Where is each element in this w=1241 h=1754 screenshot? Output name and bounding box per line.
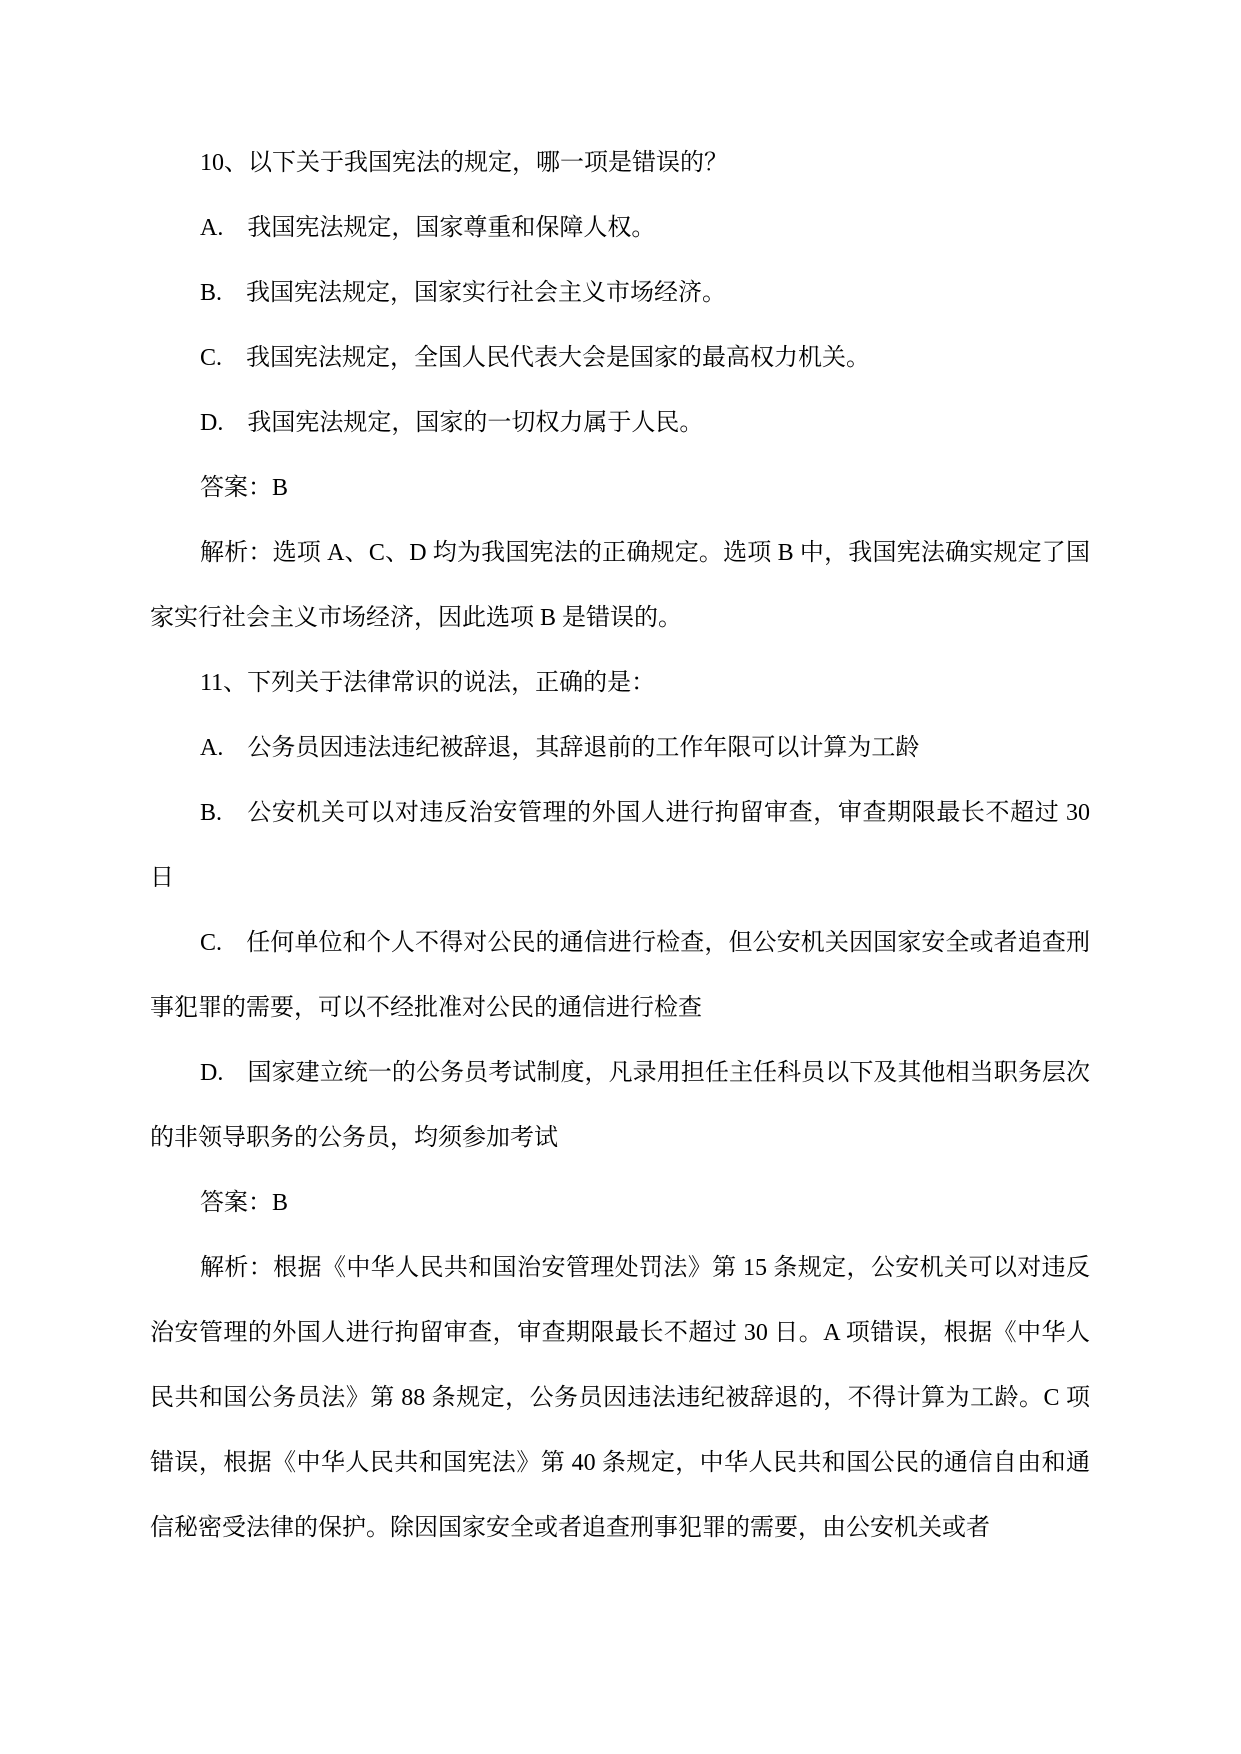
- question-10-stem: 10、以下关于我国宪法的规定，哪一项是错误的？: [150, 131, 1090, 196]
- question-11-answer: 答案：B: [150, 1171, 1090, 1236]
- question-11-analysis: 解析：根据《中华人民共和国治安管理处罚法》第 15 条规定，公安机关可以对违反治…: [150, 1236, 1090, 1561]
- question-block-10: 10、以下关于我国宪法的规定，哪一项是错误的？ A. 我国宪法规定，国家尊重和保…: [150, 131, 1090, 651]
- document-page: 10、以下关于我国宪法的规定，哪一项是错误的？ A. 我国宪法规定，国家尊重和保…: [0, 0, 1241, 1754]
- question-block-11: 11、下列关于法律常识的说法，正确的是： A. 公务员因违法违纪被辞退，其辞退前…: [150, 651, 1090, 1561]
- question-10-option-d: D. 我国宪法规定，国家的一切权力属于人民。: [150, 391, 1090, 456]
- question-11-option-d: D. 国家建立统一的公务员考试制度，凡录用担任主任科员以下及其他相当职务层次的非…: [150, 1041, 1090, 1171]
- question-11-option-b: B. 公安机关可以对违反治安管理的外国人进行拘留审查，审查期限最长不超过 30 …: [150, 781, 1090, 911]
- question-10-option-c: C. 我国宪法规定，全国人民代表大会是国家的最高权力机关。: [150, 326, 1090, 391]
- question-11-stem: 11、下列关于法律常识的说法，正确的是：: [150, 651, 1090, 716]
- question-10-option-a: A. 我国宪法规定，国家尊重和保障人权。: [150, 196, 1090, 261]
- question-10-answer: 答案：B: [150, 456, 1090, 521]
- question-11-option-c: C. 任何单位和个人不得对公民的通信进行检查，但公安机关因国家安全或者追查刑事犯…: [150, 911, 1090, 1041]
- question-10-option-b: B. 我国宪法规定，国家实行社会主义市场经济。: [150, 261, 1090, 326]
- question-11-option-a: A. 公务员因违法违纪被辞退，其辞退前的工作年限可以计算为工龄: [150, 716, 1090, 781]
- question-10-analysis: 解析：选项 A、C、D 均为我国宪法的正确规定。选项 B 中，我国宪法确实规定了…: [150, 521, 1090, 651]
